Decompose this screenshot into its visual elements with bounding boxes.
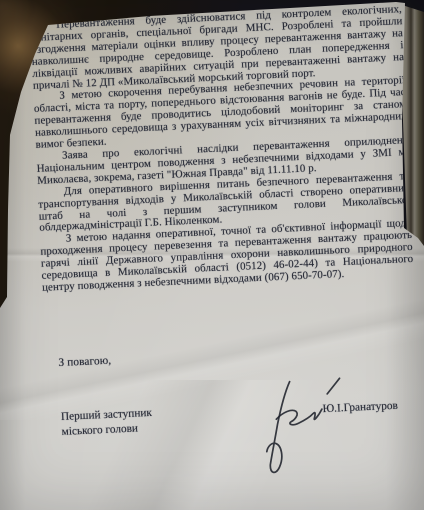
signer-title-line-2: міського голови bbox=[61, 421, 153, 440]
closing-salutation: З повагою, bbox=[58, 342, 417, 370]
document-photo: Перевантаження буде здійснюватися під ко… bbox=[0, 0, 424, 510]
letter-body: Перевантаження буде здійснюватися під ко… bbox=[30, 4, 421, 440]
letter-page: Перевантаження буде здійснюватися під ко… bbox=[0, 0, 424, 510]
signature-block: Перший заступник міського голови Ю.І.Гра… bbox=[61, 393, 421, 439]
signer-title: Перший заступник міського голови bbox=[61, 406, 153, 440]
handwritten-signature bbox=[227, 371, 352, 484]
